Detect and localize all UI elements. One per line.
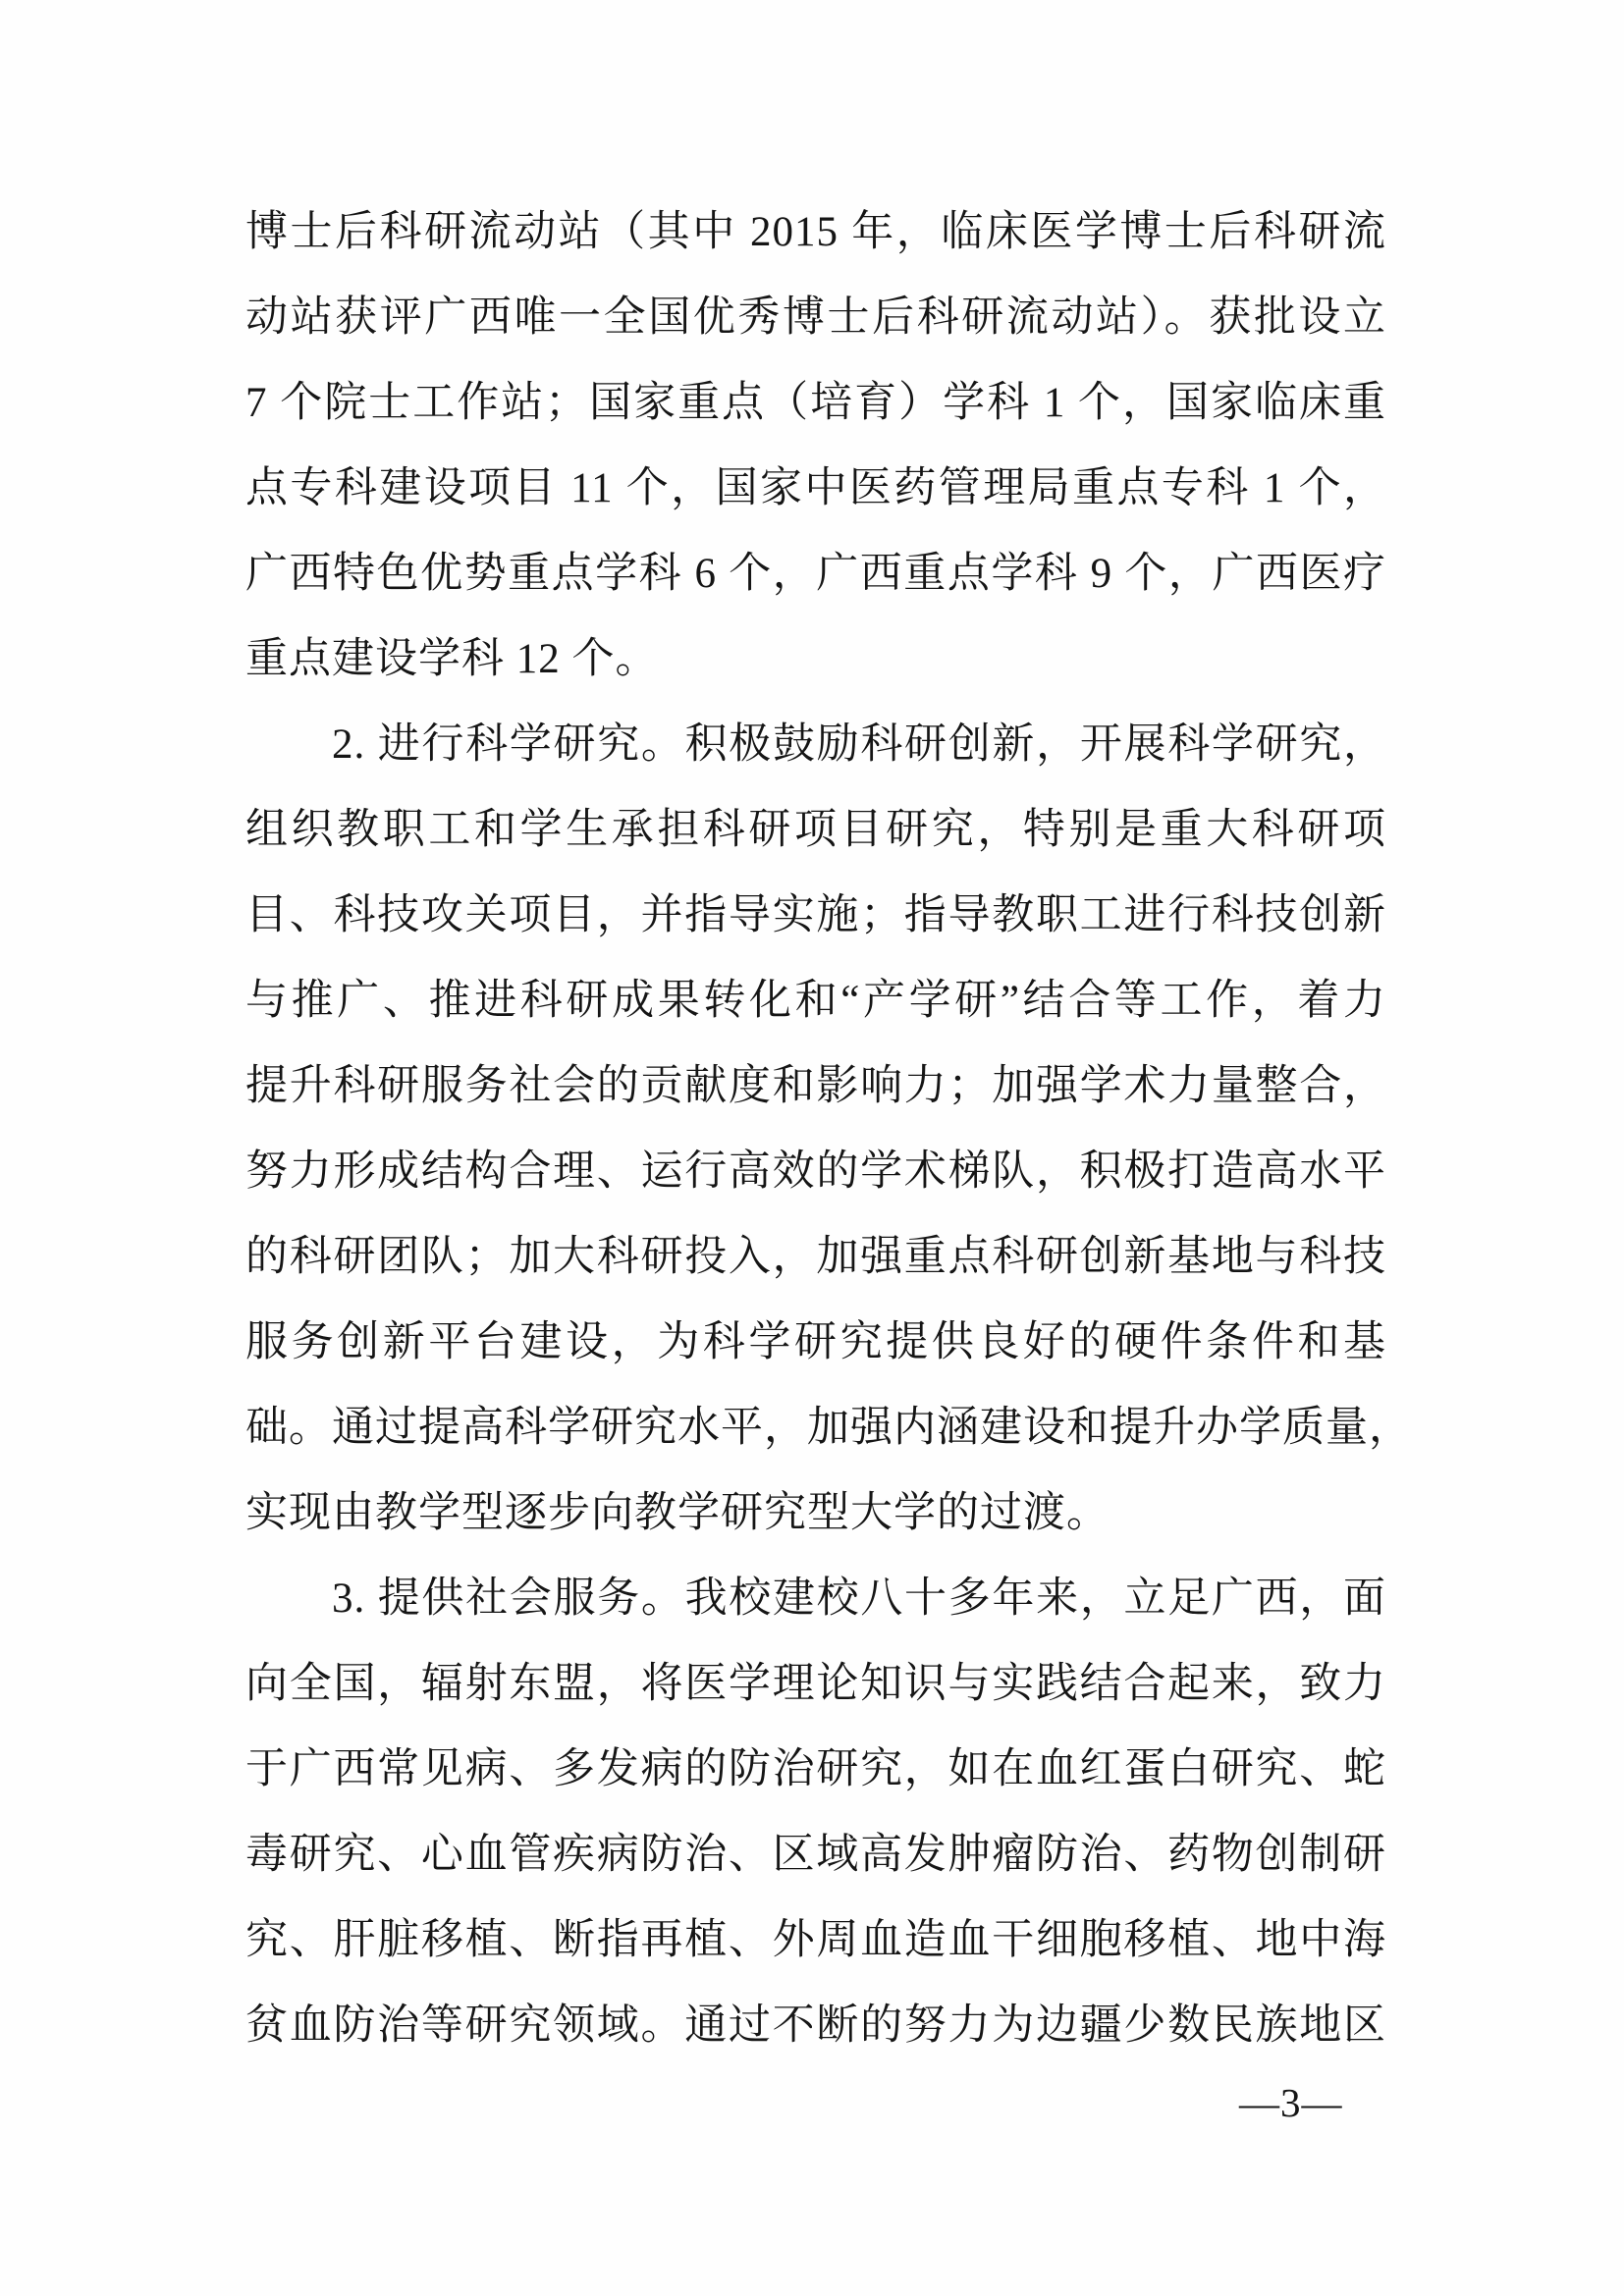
text-line: 博士后科研流动站（其中 2015 年，临床医学博士后科研流 [245,189,1386,275]
text-line: 努力形成结构合理、运行高效的学术梯队，积极打造高水平 [245,1129,1386,1214]
document-page: 博士后科研流动站（其中 2015 年，临床医学博士后科研流 动站获评广西唯一全国… [0,0,1624,2296]
text-line: 与推广、推进科研成果转化和“产学研”结合等工作，着力 [245,958,1386,1043]
text-line: 目、科技攻关项目，并指导实施；指导教职工进行科技创新 [245,873,1386,958]
text-line: 贫血防治等研究领域。通过不断的努力为边疆少数民族地区 [245,1983,1386,2068]
text-line: 于广西常见病、多发病的防治研究，如在血红蛋白研究、蛇 [245,1727,1386,1812]
text-line: 重点建设学科 12 个。 [245,616,1386,702]
page-number: —3— [1239,2077,1343,2128]
text-line: 究、肝脏移植、断指再植、外周血造血干细胞移植、地中海 [245,1897,1386,1983]
text-line: 向全国，辐射东盟，将医学理论知识与实践结合起来，致力 [245,1641,1386,1727]
text-line: 毒研究、心血管疾病防治、区域高发肿瘤防治、药物创制研 [245,1812,1386,1897]
text-line: 广西特色优势重点学科 6 个，广西重点学科 9 个，广西医疗 [245,531,1386,616]
text-line: 础。通过提高科学研究水平，加强内涵建设和提升办学质量， [245,1385,1386,1470]
text-line: 的科研团队；加大科研投入，加强重点科研创新基地与科技 [245,1214,1386,1300]
text-line: 组织教职工和学生承担科研项目研究，特别是重大科研项 [245,787,1386,873]
text-line: 动站获评广西唯一全国优秀博士后科研流动站）。获批设立 [245,275,1386,360]
text-line: 2. 进行科学研究。积极鼓励科研创新，开展科学研究， [245,702,1386,787]
text-line: 点专科建设项目 11 个，国家中医药管理局重点专科 1 个， [245,446,1386,531]
text-line: 实现由教学型逐步向教学研究型大学的过渡。 [245,1470,1386,1556]
text-line: 7 个院士工作站；国家重点（培育）学科 1 个，国家临床重 [245,360,1386,446]
text-line: 3. 提供社会服务。我校建校八十多年来，立足广西，面 [245,1556,1386,1641]
text-block: 博士后科研流动站（其中 2015 年，临床医学博士后科研流 动站获评广西唯一全国… [245,189,1386,2068]
text-line: 提升科研服务社会的贡献度和影响力；加强学术力量整合， [245,1043,1386,1129]
text-line: 服务创新平台建设，为科学研究提供良好的硬件条件和基 [245,1300,1386,1385]
